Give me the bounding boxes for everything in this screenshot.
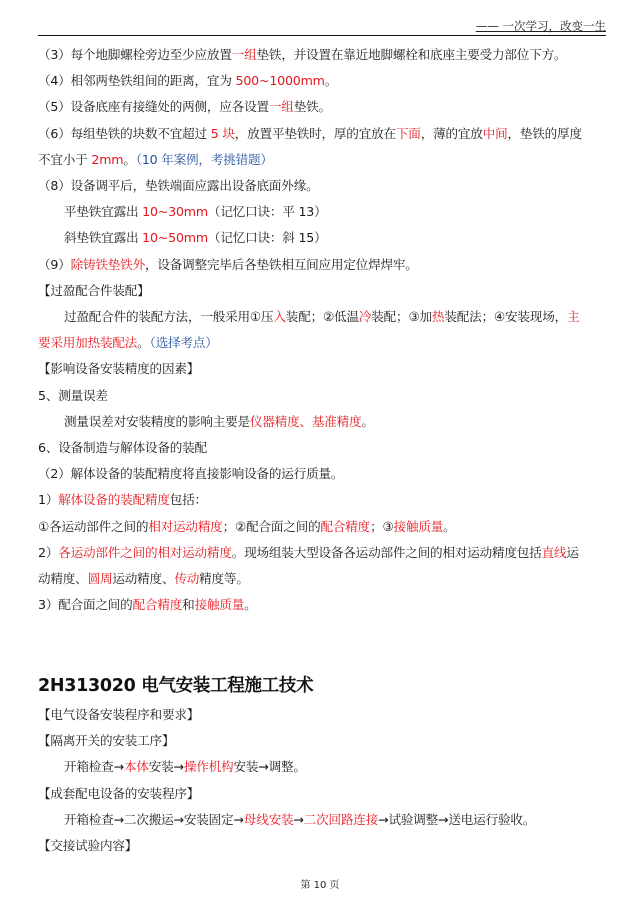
body-text: 斜垫铁宜露出	[64, 230, 142, 245]
body-text: 开箱检查→	[64, 759, 124, 774]
text-line: 【交接试验内容】	[38, 833, 608, 859]
body-text: 运	[566, 545, 578, 560]
body-text: 6、设备制造与解体设备的装配	[38, 440, 207, 455]
body-text: （8）设备调平后，垫铁端面应露出设备底面外缘。	[38, 178, 318, 193]
text-line: 【电气设备安装程序和要求】	[38, 702, 608, 728]
body-text: 。	[123, 152, 135, 167]
body-text: 平垫铁宜露出	[64, 204, 142, 219]
text-line: 要采用加热装配法。（选择考点）	[38, 330, 608, 356]
body-text: ；③	[370, 519, 393, 534]
text-line: （5）设备底座有接缝处的两侧，应各设置一组垫铁。	[38, 94, 608, 120]
emphasis-text: 本体	[124, 759, 149, 774]
body-text: 【电气设备安装程序和要求】	[38, 707, 199, 722]
body-text: 测量误差对安装精度的影响主要是	[64, 414, 250, 429]
emphasis-text: 入	[273, 309, 285, 324]
emphasis-text: 接触质量	[195, 597, 245, 612]
text-line: 动精度、圆周运动精度、传动精度等。	[38, 566, 608, 592]
body-text: →	[293, 812, 303, 827]
body-text: （记忆口诀：平 13）	[208, 204, 327, 219]
body-text: 【影响设备安装精度的因素】	[38, 361, 199, 376]
body-text: 【隔离开关的安装工序】	[38, 733, 174, 748]
body-text: 垫铁，并设置在靠近地脚螺栓和底座主要受力部位下方。	[257, 47, 567, 62]
emphasis-text: 操作机构	[184, 759, 234, 774]
body-text: （记忆口诀：斜 15）	[208, 230, 327, 245]
text-line: ①各运动部件之间的相对运动精度；②配合面之间的配合精度；③接触质量。	[38, 514, 608, 540]
emphasis-text: 热	[432, 309, 444, 324]
body-text: 和	[182, 597, 194, 612]
body-text: （3）每个地脚螺栓旁边至少应放置	[38, 47, 232, 62]
emphasis-text: 配合精度	[320, 519, 370, 534]
body-text: 垫铁。	[294, 99, 331, 114]
text-line: 不宜小于 2mm。（10 年案例，考挑错题）	[38, 147, 608, 173]
body-text: 。现场组装大型设备各运动部件之间的相对运动精度包括	[232, 545, 542, 560]
emphasis-text: 要采用加热装配法	[38, 335, 137, 350]
emphasis-text: 接触质量	[394, 519, 444, 534]
body-text: 【成套配电设备的安装程序】	[38, 786, 199, 801]
body-text: ，垫铁的厚度	[507, 126, 581, 141]
text-line: （3）每个地脚螺栓旁边至少应放置一组垫铁，并设置在靠近地脚螺栓和底座主要受力部位…	[38, 42, 608, 68]
body-text: （4）相邻两垫铁组间的距离，宜为	[38, 73, 236, 88]
text-line: 测量误差对安装精度的影响主要是仪器精度、基准精度。	[38, 409, 608, 435]
text-line: 【隔离开关的安装工序】	[38, 728, 608, 754]
emphasis-text: 传动	[174, 571, 199, 586]
body-text: 【交接试验内容】	[38, 838, 137, 853]
body-text: 安装→调整。	[233, 759, 305, 774]
emphasis-text: 母线安装	[244, 812, 294, 827]
text-line: （2）解体设备的装配精度将直接影响设备的运行质量。	[38, 461, 608, 487]
emphasis-text: 500~1000mm	[236, 73, 325, 88]
body-text: ，设备调整完毕后各垫铁相互间应用定位焊焊牢。	[145, 257, 418, 272]
body-text: 。	[244, 597, 256, 612]
text-line: 1）解体设备的装配精度包括：	[38, 487, 608, 513]
emphasis-text: 2mm	[91, 152, 123, 167]
body-text: 装配；③加	[371, 309, 432, 324]
emphasis-text: 一组	[232, 47, 257, 62]
body-text: 。	[361, 414, 373, 429]
body-text: 。	[137, 335, 149, 350]
emphasis-text: 中间	[483, 126, 508, 141]
emphasis-text: 二次回路连接	[304, 812, 378, 827]
body-text: 动精度、	[38, 571, 88, 586]
body-text: 过盈配合件的装配方法，一般采用①压	[64, 309, 273, 324]
emphasis-text: 一组	[269, 99, 294, 114]
emphasis-text: 各运动部件之间的相对运动精度	[58, 545, 232, 560]
body-text: 不宜小于	[38, 152, 91, 167]
body-text: 精度等。	[199, 571, 249, 586]
text-line: （8）设备调平后，垫铁端面应露出设备底面外缘。	[38, 173, 608, 199]
text-line: （4）相邻两垫铁组间的距离，宜为 500~1000mm。	[38, 68, 608, 94]
emphasis-text: 解体设备的装配精度	[58, 492, 170, 507]
emphasis-text: 直线	[542, 545, 567, 560]
section-electrical-installation: 【电气设备安装程序和要求】【隔离开关的安装工序】开箱检查→本体安装→操作机构安装…	[38, 702, 608, 859]
body-text: ，薄的宜放	[421, 126, 483, 141]
section-equipment-installation: （3）每个地脚螺栓旁边至少应放置一组垫铁，并设置在靠近地脚螺栓和底座主要受力部位…	[38, 42, 608, 618]
emphasis-text: 主	[567, 309, 579, 324]
body-text: 包括：	[170, 492, 207, 507]
body-text: 。	[325, 73, 337, 88]
page-number: 第 10 页	[0, 876, 640, 891]
emphasis-text: 仪器精度、基准精度	[250, 414, 362, 429]
body-text: （5）设备底座有接缝处的两侧，应各设置	[38, 99, 269, 114]
body-text: 装配法；④安装现场，	[444, 309, 567, 324]
text-line: 平垫铁宜露出 10~30mm（记忆口诀：平 13）	[38, 199, 608, 225]
body-text: 3）配合面之间的	[38, 597, 133, 612]
body-text: ①各运动部件之间的	[38, 519, 148, 534]
header-motto: —— 一次学习，改变一生	[476, 19, 606, 33]
text-line: 5、测量误差	[38, 383, 608, 409]
emphasis-text: 10~50mm	[142, 230, 208, 245]
text-line: 3）配合面之间的配合精度和接触质量。	[38, 592, 608, 618]
body-text: ；②配合面之间的	[223, 519, 321, 534]
text-line: 【成套配电设备的安装程序】	[38, 781, 608, 807]
body-text: 开箱检查→二次搬运→安装固定→	[64, 812, 244, 827]
emphasis-text: 5 块	[211, 126, 235, 141]
text-line: 【影响设备安装精度的因素】	[38, 356, 608, 382]
body-text: 5、测量误差	[38, 388, 108, 403]
body-text: 安装→	[149, 759, 184, 774]
text-line: 6、设备制造与解体设备的装配	[38, 435, 608, 461]
text-line: （9）除铸铁垫铁外，设备调整完毕后各垫铁相互间应用定位焊焊牢。	[38, 252, 608, 278]
note-text: （10 年案例，考挑错题）	[136, 152, 273, 167]
body-text: →试验调整→送电运行验收。	[378, 812, 535, 827]
text-line: 开箱检查→本体安装→操作机构安装→调整。	[38, 754, 608, 780]
emphasis-text: 除铸铁垫铁外	[71, 257, 145, 272]
body-text: 2）	[38, 545, 58, 560]
section-title: 2H313020 电气安装工程施工技术	[38, 672, 313, 697]
body-text: ，放置平垫铁时，厚的宜放在	[235, 126, 396, 141]
text-line: （6）每组垫铁的块数不宜超过 5 块，放置平垫铁时，厚的宜放在下面，薄的宜放中间…	[38, 121, 608, 147]
emphasis-text: 相对运动精度	[148, 519, 222, 534]
text-line: 【过盈配合件装配】	[38, 278, 608, 304]
body-text: 【过盈配合件装配】	[38, 283, 150, 298]
body-text: （6）每组垫铁的块数不宜超过	[38, 126, 211, 141]
emphasis-text: 圆周	[88, 571, 113, 586]
body-text: 运动精度、	[112, 571, 174, 586]
page-header: —— 一次学习，改变一生	[38, 18, 606, 36]
body-text: 装配；②低温	[286, 309, 359, 324]
body-text: （9）	[38, 257, 71, 272]
body-text: 。	[443, 519, 455, 534]
text-line: 2）各运动部件之间的相对运动精度。现场组装大型设备各运动部件之间的相对运动精度包…	[38, 540, 608, 566]
text-line: 过盈配合件的装配方法，一般采用①压入装配；②低温冷装配；③加热装配法；④安装现场…	[38, 304, 608, 330]
body-text: （2）解体设备的装配精度将直接影响设备的运行质量。	[38, 466, 343, 481]
emphasis-text: 冷	[359, 309, 371, 324]
body-text: 1）	[38, 492, 58, 507]
note-text: （选择考点）	[150, 335, 218, 350]
text-line: 开箱检查→二次搬运→安装固定→母线安装→二次回路连接→试验调整→送电运行验收。	[38, 807, 608, 833]
emphasis-text: 配合精度	[133, 597, 183, 612]
emphasis-text: 下面	[396, 126, 421, 141]
text-line: 斜垫铁宜露出 10~50mm（记忆口诀：斜 15）	[38, 225, 608, 251]
emphasis-text: 10~30mm	[142, 204, 208, 219]
